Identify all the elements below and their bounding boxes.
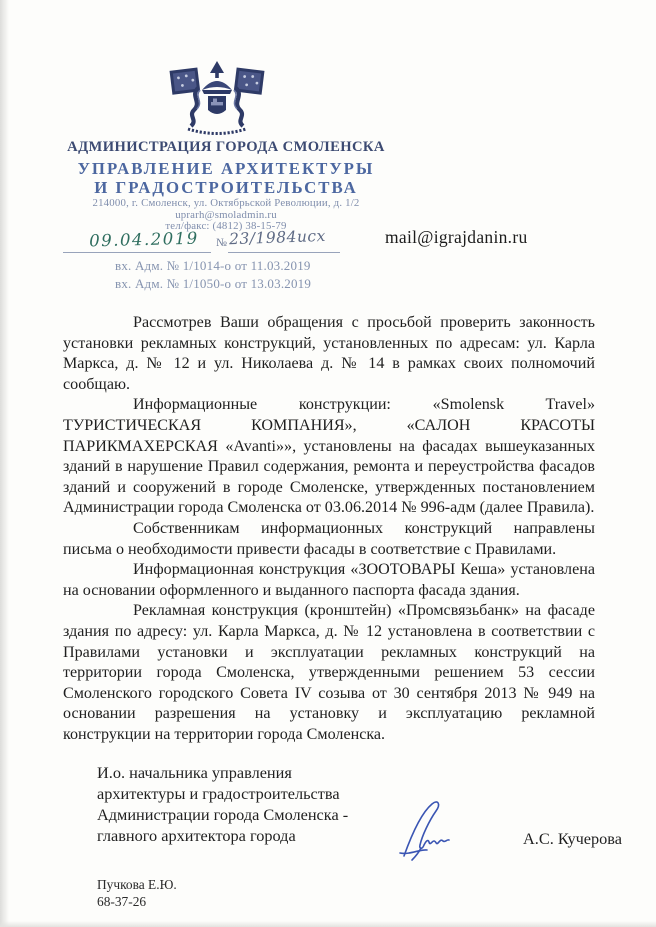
- incoming-ref-1: вх. Адм. № 1/1014-о от 11.03.2019: [115, 258, 311, 274]
- scanned-letter-page: { "letterhead": { "org_line1": "АДМИНИСТ…: [0, 0, 656, 927]
- letter-body: Рассмотрев Ваши обращения с просьбой про…: [63, 313, 595, 745]
- recipient-email: mail@igrajdanin.ru: [385, 227, 528, 248]
- body-paragraph-4: Информационная конструкция «ЗООТОВАРЫ Ке…: [63, 560, 595, 601]
- body-paragraph-2: Информационные конструкции: «Smolensk Tr…: [63, 395, 595, 519]
- signatory-position: И.о. начальника управления архитектуры и…: [97, 762, 348, 846]
- handwritten-outgoing-number: 23/1984исх: [229, 226, 360, 249]
- number-underline: [228, 252, 340, 253]
- signatory-position-line3: Администрации города Смоленска -: [97, 804, 348, 825]
- signatory-position-line1: И.о. начальника управления: [97, 762, 348, 783]
- org-name-department-line2: И ГРАДОСТРОИТЕЛЬСТВА: [0, 178, 452, 198]
- body-paragraph-3: Собственникам информационных конструкций…: [63, 519, 595, 560]
- org-name-administration: АДМИНИСТРАЦИЯ ГОРОДА СМОЛЕНСКА: [0, 139, 452, 156]
- number-sign-label: №: [216, 237, 227, 249]
- executor-phone: 68-37-26: [97, 894, 146, 910]
- body-paragraph-1: Рассмотрев Ваши обращения с просьбой про…: [63, 313, 595, 395]
- org-name-department-line1: УПРАВЛЕНИЕ АРХИТЕКТУРЫ: [0, 159, 452, 179]
- executor-name: Пучкова Е.Ю.: [97, 877, 177, 893]
- signatory-position-line4: главного архитектора города: [97, 825, 348, 846]
- handwritten-outgoing-date: 09.04.2019: [84, 228, 204, 250]
- signatory-name: А.С. Кучерова: [523, 829, 622, 849]
- signatory-position-line2: архитектуры и градостроительства: [97, 783, 348, 804]
- handwritten-signature-icon: [396, 796, 478, 864]
- org-postal-address: 214000, г. Смоленск, ул. Октябрьской Рев…: [0, 197, 452, 209]
- body-paragraph-5: Рекламная конструкция (кронштейн) «Промс…: [63, 601, 595, 745]
- date-underline: [63, 252, 211, 253]
- scan-shadow-bottom: [0, 921, 656, 927]
- incoming-ref-2: вх. Адм. № 1/1050-о от 13.03.2019: [115, 276, 311, 292]
- smolensk-coat-of-arms-icon: [158, 60, 276, 138]
